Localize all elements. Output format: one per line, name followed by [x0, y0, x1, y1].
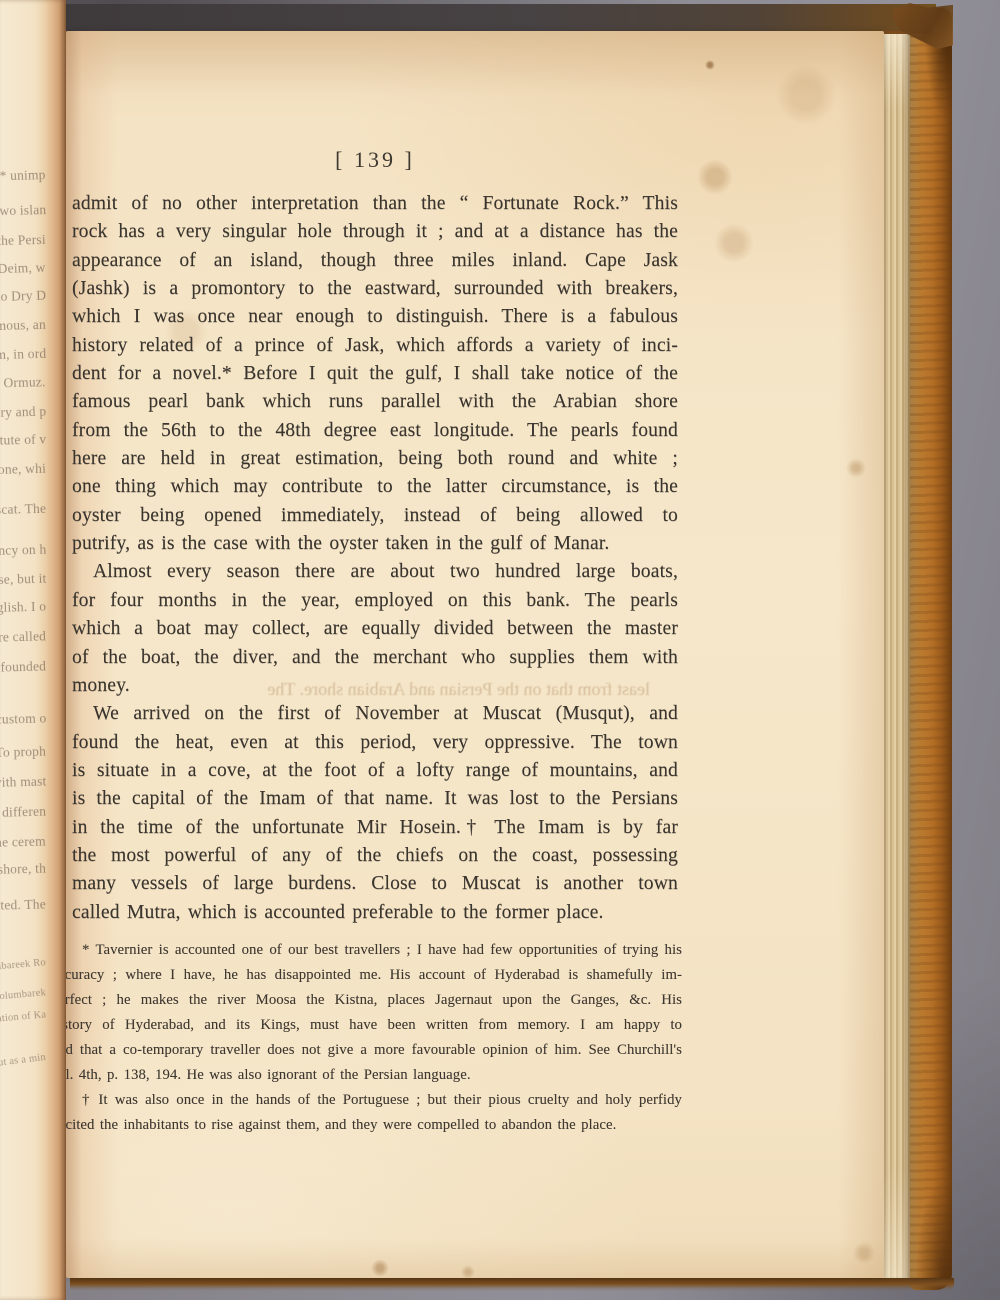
facing-page-text-fragment: complacency on h — [0, 542, 46, 561]
body-line: rock has a very singular hole through it… — [72, 218, 678, 246]
facing-page-text-fragment: Jazeera Deim, w — [0, 260, 46, 278]
body-text: admit of no other interpretation than th… — [72, 190, 678, 927]
body-line: found the heat, even at this period, ver… — [72, 729, 678, 757]
book-top-edge-shadow — [34, 4, 936, 34]
facing-page-text-fragment: y some they are called — [0, 628, 46, 647]
body-line: which a boat may collect, are equally di… — [72, 615, 678, 643]
book-cover-edge — [910, 8, 952, 1290]
facing-page-text-fragment: omb* unimp — [0, 167, 46, 185]
book-page: [ 139 ] admit of no other interpretation… — [66, 31, 884, 1278]
facing-page-text-fragment: n of Muscat. The — [0, 501, 46, 519]
facing-page-text-fragment: mall ship, with mast — [0, 774, 46, 793]
body-line: We arrived on the first of November at M… — [72, 700, 678, 728]
footnotes-text: * Tavernier is accounted one of our best… — [58, 938, 682, 1138]
body-line: dent for a novel.* Before I quit the gul… — [72, 360, 678, 388]
facing-page-text-fragment: y of all the differen — [0, 804, 46, 823]
footnote-line: erfect ; he makes the river Moosa the Ki… — [58, 988, 682, 1013]
body-line: one thing which may contribute to the la… — [72, 473, 678, 501]
facing-page-text-fragment: ese two islan — [0, 202, 46, 220]
body-line: (Jashk) is a promontory to the eastward,… — [72, 275, 678, 303]
facing-page-text-fragment: through some cerem — [0, 834, 46, 853]
facing-page-text-fragment: les for the shore, th — [0, 861, 46, 880]
facing-page-text-fragment: is correct; but as a min — [0, 1052, 46, 1075]
facing-page-text-fragment: f a singular custom o — [0, 710, 46, 729]
body-line: putrify, as is the case with the oyster … — [72, 530, 678, 558]
footnote-line: nd that a co-temporary traveller does no… — [58, 1038, 682, 1063]
body-line: in the time of the unfortunate Mir Hosei… — [72, 814, 678, 842]
book-bottom-edge — [70, 1278, 954, 1291]
page-fore-edge — [882, 20, 910, 1282]
facing-page-text-fragment: Portuguese, but it — [0, 571, 46, 590]
body-line: appearance of an island, though three mi… — [72, 247, 678, 275]
facing-page-text-fragment: ssendom. To proph — [0, 744, 46, 763]
footnote-line: ccuracy ; where I have, he has disappoin… — [58, 963, 682, 988]
footnote-line: xcited the inhabitants to rise against t… — [58, 1113, 682, 1138]
body-line: history related of a prince of Jask, whi… — [72, 332, 678, 360]
facing-page-text-fragment: any in the Persi — [0, 232, 46, 250]
footnote-line: † It was also once in the hands of the P… — [58, 1088, 682, 1113]
facing-page-text-fragment: Himseam, in ord — [0, 346, 46, 364]
facing-page-text-fragment: iebuhr, Columbarek — [0, 987, 46, 1006]
body-line: famous pearl bank which runs parallel wi… — [72, 388, 678, 416]
facing-page-ghost-text: omb* unimpese two islanany in the PersiJ… — [0, 0, 66, 1300]
body-line: called Mutra, which is accounted prefera… — [72, 899, 678, 927]
facing-page-text-fragment: on Ormuz. — [0, 374, 46, 392]
facing-page-text-fragment: s are famous, an — [0, 317, 46, 335]
body-line: Almost every season there are about two … — [72, 558, 678, 586]
body-line: the most powerful of any of the chiefs o… — [72, 842, 678, 870]
body-line: here are held in great estimation, being… — [72, 445, 678, 473]
facing-page-text-fragment: onverts into Dry D — [0, 288, 46, 307]
facing-page-text-fragment: infidel English. I o — [0, 599, 46, 618]
facing-page-edge: omb* unimpese two islanany in the PersiJ… — [0, 0, 66, 1300]
facing-page-text-fragment: s appellation of Ka — [0, 1009, 46, 1027]
facing-page-text-fragment: en is Bombareek Ro — [0, 957, 46, 976]
body-line: oyster being opened immediately, instead… — [72, 502, 678, 530]
facing-page-text-fragment: of brimstone, whi — [0, 461, 46, 480]
facing-page-text-fragment: iminately confounded — [0, 658, 46, 677]
facing-page-text-fragment: ve been granted. The — [0, 896, 46, 915]
body-line: which I was once near enough to distingu… — [72, 303, 678, 331]
body-line: for four months in the year, employed on… — [72, 587, 678, 615]
body-line: of the boat, the diver, and the merchant… — [72, 644, 678, 672]
body-line: from the 56th to the 48th degree east lo… — [72, 417, 678, 445]
ink-showthrough: least from that on the Persian and Arabi… — [90, 679, 650, 700]
body-line: admit of no other interpretation than th… — [72, 190, 678, 218]
body-line: is situate in a cove, at the foot of a l… — [72, 757, 678, 785]
footnote-line: istory of Hyderabad, and its Kings, must… — [58, 1013, 682, 1038]
footnote-line: ol. 4th, p. 138, 194. He was also ignora… — [58, 1063, 682, 1088]
page-number: [ 139 ] — [72, 147, 678, 173]
footnote-line: * Tavernier is accounted one of our best… — [58, 938, 682, 963]
body-line: many vessels of large burdens. Close to … — [72, 870, 678, 898]
facing-page-text-fragment: en rock destitute of v — [0, 431, 46, 450]
photo-background: omb* unimpese two islanany in the PersiJ… — [0, 0, 1000, 1300]
facing-page-text-fragment: ed in history and p — [0, 404, 46, 423]
body-line: is the capital of the Imam of that name.… — [72, 785, 678, 813]
